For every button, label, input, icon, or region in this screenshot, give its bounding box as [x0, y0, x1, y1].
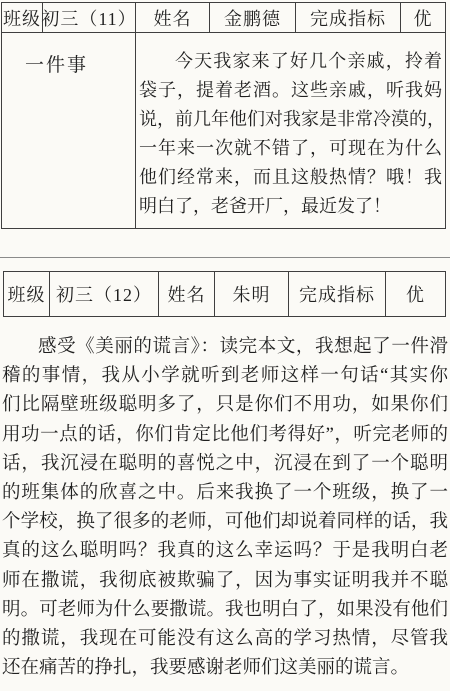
essay2-line: 话，我沉浸在聪明的喜悦之中，沉浸在到了一个聪明 [2, 450, 448, 479]
essay2-line: 的班集体的欣喜之中。后来我换了一个班级，换了一 [2, 479, 448, 508]
essay2-line: 感受《美丽的谎言》：读完本文，我想起了一件滑 [2, 333, 448, 362]
essay2-line: 的撒谎，我现在可能没有这么高的学习热情，尽管我 [2, 625, 448, 654]
record2-indicator-value-cell: 优 [386, 272, 445, 316]
record1-essay-title: 一件事 [2, 33, 136, 228]
record2-indicator-label-cell: 完成指标 [289, 272, 386, 316]
record2-table: 班级 初三（12） 姓名 朱明 完成指标 优 [3, 271, 446, 317]
essay1-line: 今天我家来了好几个亲戚，拎着 [139, 47, 442, 76]
essay1-line: 说，前几年他们对我家是非常冷漠的， [139, 105, 442, 134]
essay2-line: 个学校，换了很多的老师，可他们却说着同样的话，我 [2, 508, 448, 537]
record1-class-value-cell: 初三（11） [43, 3, 136, 33]
record1-indicator-value-cell: 优 [401, 3, 445, 33]
essay1-line: 他们经常来，而且这般热情？哦！我 [139, 163, 442, 192]
essay2-line: 稽的事情，我从小学就听到老师这样一句话“其实你 [2, 362, 448, 391]
horizontal-rule [0, 257, 450, 258]
record1-class-label-cell: 班级 [2, 3, 43, 33]
record1-name-label-cell: 姓名 [136, 3, 210, 33]
essay2-line: 们比隔壁班级聪明多了，只是你们不用功，如果你们 [2, 391, 448, 420]
essay2-line: 还在痛苦的挣扎，我要感谢老师们这美丽的谎言。 [2, 654, 448, 683]
essay2-line: 明。可老师为什么要撒谎。我也明白了，如果没有他们 [2, 596, 448, 625]
record2-class-label-cell: 班级 [4, 272, 50, 316]
essay2-line: 用功一点的话，你们肯定比他们考得好”，听完老师的 [2, 421, 448, 450]
record1-table: 班级 初三（11） 姓名 金鹏德 完成指标 优 一件事 今天我家来了好几个亲戚，… [1, 2, 446, 229]
essay1-line: 明白了，老爸开厂，最近发了！ [139, 192, 442, 221]
essay1-line: 一年来一次就不错了，可现在为什么 [139, 134, 442, 163]
record2-essay-text: 感受《美丽的谎言》：读完本文，我想起了一件滑 稽的事情，我从小学就听到老师这样一… [2, 333, 448, 683]
essay2-line: 真的这么聪明吗？我真的这么幸运吗？于是我明白老 [2, 537, 448, 566]
record1-indicator-label-cell: 完成指标 [296, 3, 401, 33]
record2-name-value-cell: 朱明 [215, 272, 289, 316]
record1-name-value-cell: 金鹏德 [210, 3, 296, 33]
record2-name-label-cell: 姓名 [159, 272, 215, 316]
record1-essay-text: 今天我家来了好几个亲戚，拎着 袋子，提着老酒。这些亲戚，听我妈 说，前几年他们对… [136, 33, 445, 228]
record2-class-value-cell: 初三（12） [50, 272, 159, 316]
essay2-line: 师在撒谎，我彻底被欺骗了，因为事实证明我并不聪 [2, 567, 448, 596]
essay1-line: 袋子，提着老酒。这些亲戚，听我妈 [139, 76, 442, 105]
